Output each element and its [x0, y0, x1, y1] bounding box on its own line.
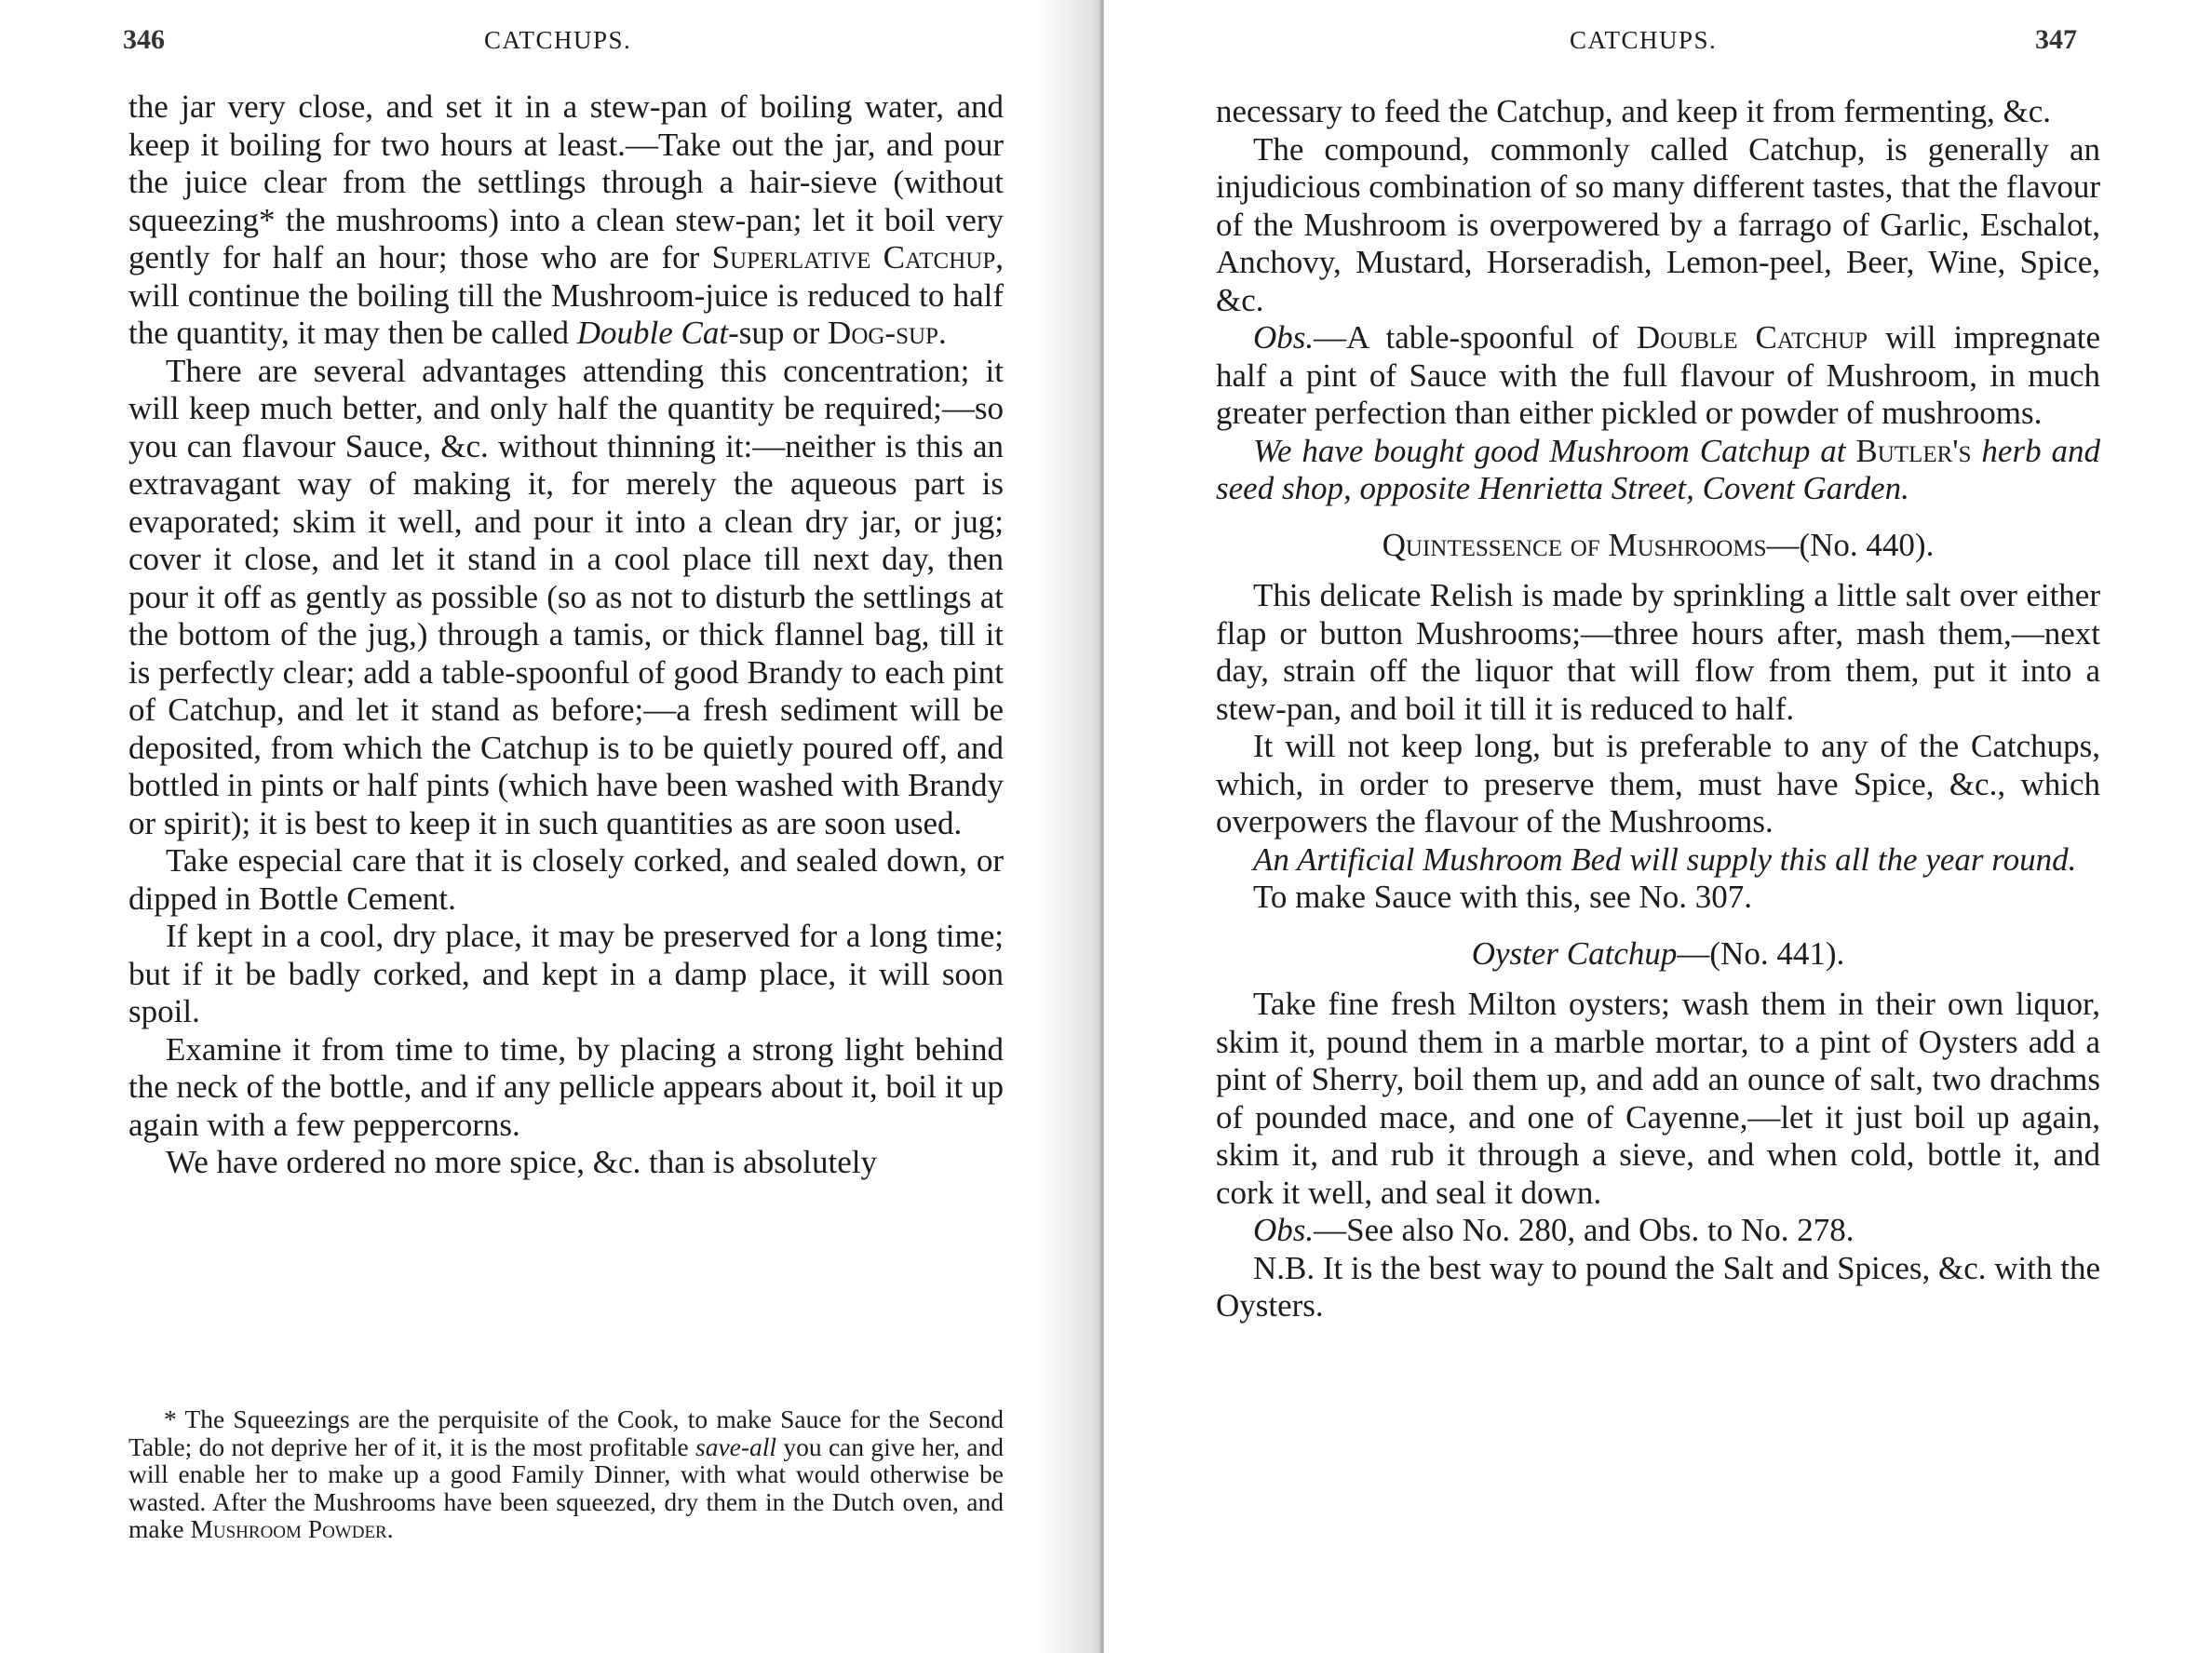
paragraph: There are several advantages attending t…: [128, 353, 1004, 843]
section-heading-440: Quintessence of Mushrooms—(No. 440).: [1216, 527, 2100, 565]
right-page-347: CATCHUPS. 347 necessary to feed the Catc…: [1104, 0, 2212, 1653]
italic-text: We have bought good Mushroom Catchup at: [1253, 433, 1855, 469]
text: -sup or: [728, 315, 828, 351]
paragraph: Obs.—See also No. 280, and Obs. to No. 2…: [1216, 1212, 2100, 1250]
book-spine: [1100, 0, 1103, 1653]
italic-text: Double Cat: [577, 315, 728, 351]
right-text-column: necessary to feed the Catchup, and keep …: [1216, 93, 2100, 1325]
paragraph: necessary to feed the Catchup, and keep …: [1216, 93, 2100, 131]
heading-number: —(No. 440).: [1767, 527, 1935, 563]
text: .: [938, 315, 947, 351]
footnote: * The Squeezings are the perquisite of t…: [128, 1405, 1004, 1543]
paragraph: We have bought good Mushroom Catchup at …: [1216, 433, 2100, 508]
running-head: CATCHUPS.: [484, 26, 631, 55]
text: —See also No. 280, and Obs. to No. 278.: [1314, 1212, 1854, 1248]
paragraph: To make Sauce with this, see No. 307.: [1216, 879, 2100, 917]
page-number: 347: [2035, 24, 2077, 56]
small-caps-text: Mushroom Powder: [190, 1514, 386, 1543]
italic-text: Obs.: [1253, 1212, 1314, 1248]
italic-text: save-all: [695, 1432, 776, 1461]
paragraph: Take fine fresh Milton oysters; wash the…: [1216, 986, 2100, 1212]
left-text-column: the jar very close, and set it in a stew…: [128, 88, 1004, 1182]
paragraph: If kept in a cool, dry place, it may be …: [128, 918, 1004, 1031]
section-heading-441: Oyster Catchup—(No. 441).: [1216, 935, 2100, 974]
italic-text: Obs.: [1253, 319, 1314, 356]
text: .: [387, 1514, 394, 1543]
paragraph: Obs.—A table-spoonful of Double Catchup …: [1216, 319, 2100, 433]
paragraph: Examine it from time to time, by placing…: [128, 1031, 1004, 1145]
small-caps-text: Dog-sup: [828, 315, 938, 351]
heading-title: Oyster Catchup: [1472, 935, 1678, 972]
running-head: CATCHUPS.: [1570, 26, 1717, 55]
paragraph: An Artificial Mushroom Bed will supply t…: [1216, 841, 2100, 880]
paragraph: The compound, commonly called Catchup, i…: [1216, 131, 2100, 320]
small-caps-text: Double Catchup: [1637, 319, 1868, 356]
page-number: 346: [123, 24, 165, 56]
heading-number: —(No. 441).: [1677, 935, 1844, 972]
heading-title: Quintessence of Mushrooms: [1382, 527, 1767, 563]
paragraph: N.B. It is the best way to pound the Sal…: [1216, 1250, 2100, 1325]
paragraph: We have ordered no more spice, &c. than …: [128, 1144, 1004, 1182]
left-page-346: 346 CATCHUPS. the jar very close, and se…: [0, 0, 1080, 1653]
small-caps-text: Butler's: [1855, 433, 1971, 469]
paragraph: This delicate Relish is made by sprinkli…: [1216, 577, 2100, 728]
paragraph: Take especial care that it is closely co…: [128, 842, 1004, 918]
paragraph: It will not keep long, but is preferable…: [1216, 728, 2100, 841]
text: —A table-spoonful of: [1314, 319, 1637, 356]
paragraph: the jar very close, and set it in a stew…: [128, 88, 1004, 353]
small-caps-text: Superlative Catchup: [712, 239, 996, 275]
